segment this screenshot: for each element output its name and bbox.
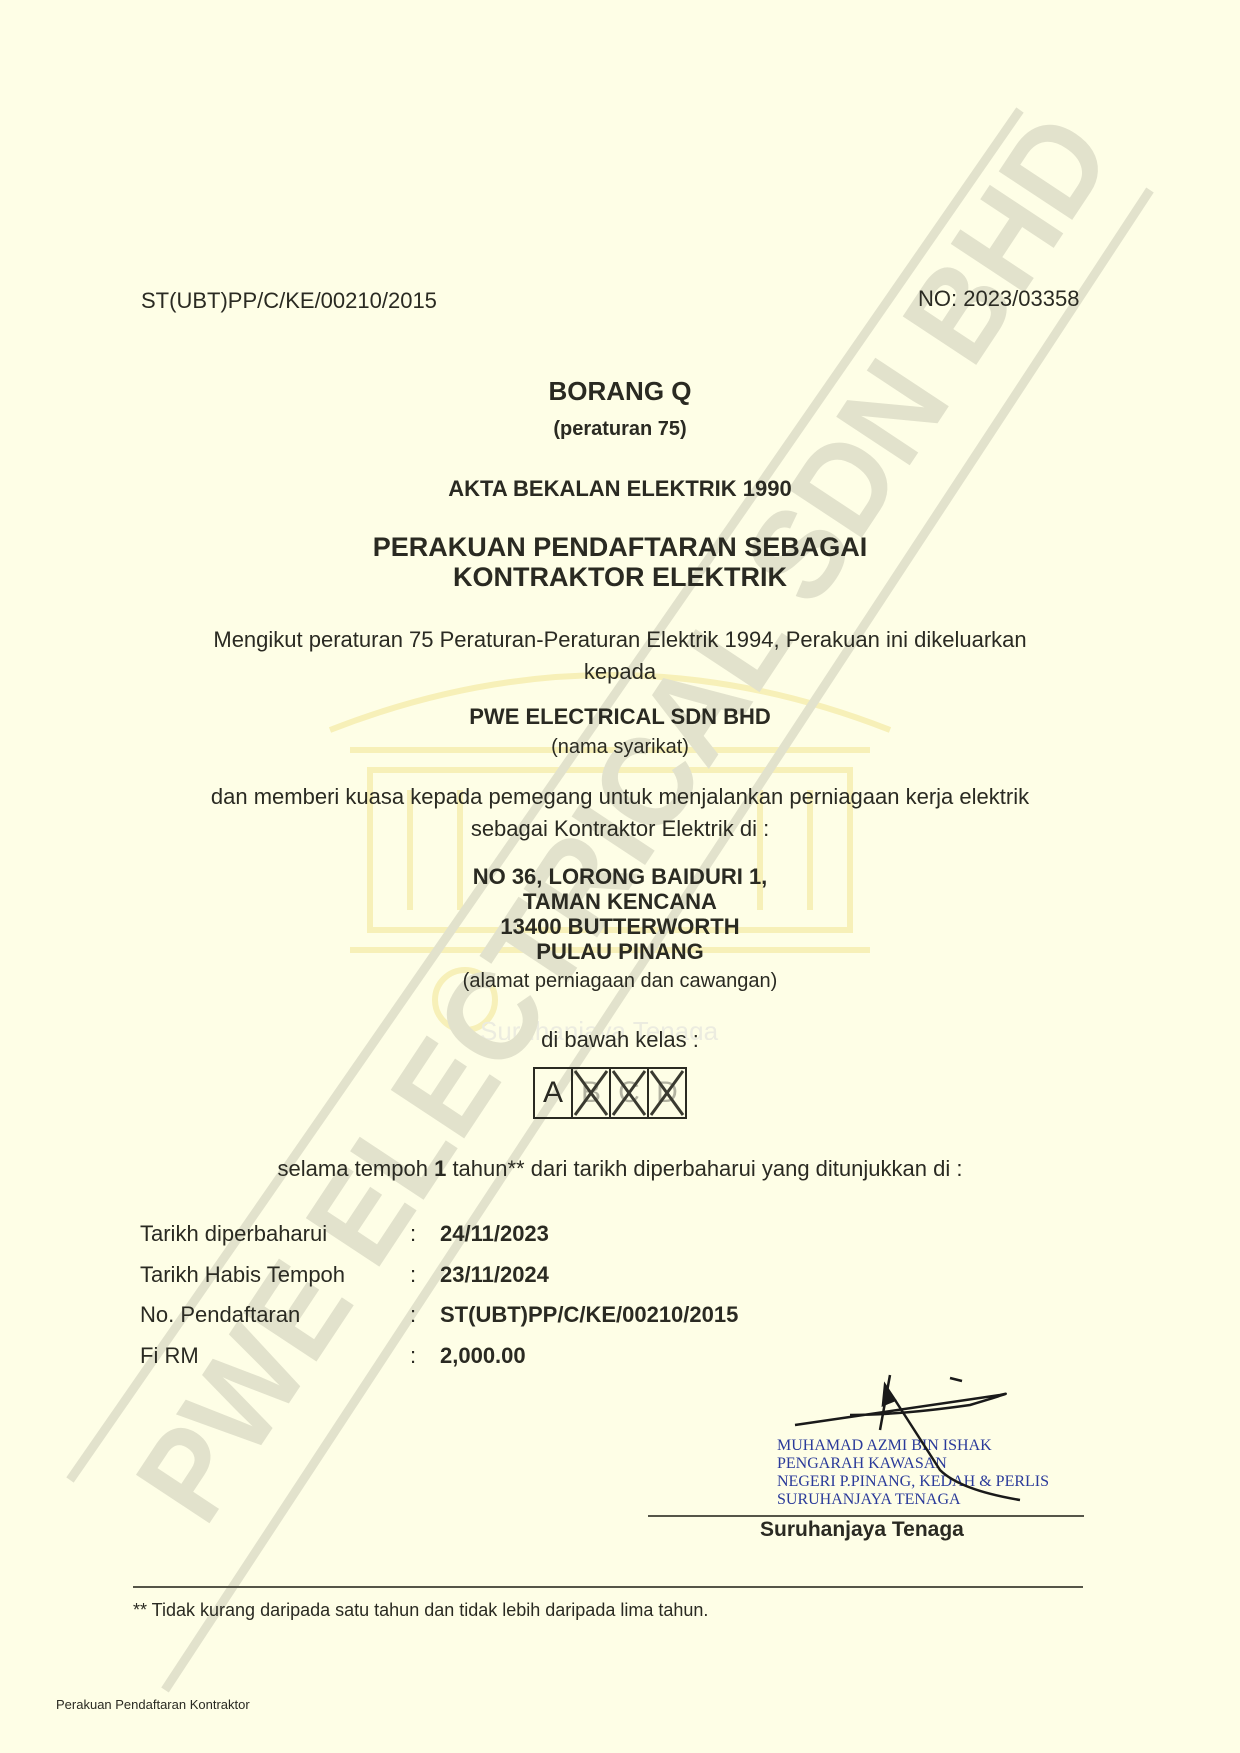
signature-line xyxy=(648,1515,1084,1517)
address-line: PULAU PINANG xyxy=(0,939,1240,964)
class-cell-a: A xyxy=(535,1069,571,1117)
contractor-class-box: A B C D xyxy=(533,1067,687,1119)
authorize-text-line1: dan memberi kuasa kepada pemegang untuk … xyxy=(0,784,1240,810)
cross-out-icon xyxy=(573,1069,609,1117)
address-line: TAMAN KENCANA xyxy=(0,889,1240,914)
signature-scribble xyxy=(640,1360,1100,1510)
class-cell-c-crossed: C xyxy=(609,1069,647,1117)
form-title: BORANG Q xyxy=(0,376,1240,407)
address-line: 13400 BUTTERWORTH xyxy=(0,914,1240,939)
company-name: PWE ELECTRICAL SDN BHD xyxy=(0,704,1240,730)
footnote: ** Tidak kurang daripada satu tahun dan … xyxy=(133,1600,708,1621)
regulation-caption: (peraturan 75) xyxy=(0,418,1240,441)
certificate-heading-line2: KONTRAKTOR ELEKTRIK xyxy=(0,562,1240,593)
act-title: AKTA BEKALAN ELEKTRIK 1990 xyxy=(0,476,1240,502)
cross-out-icon xyxy=(649,1069,685,1117)
authorize-text-line2: sebagai Kontraktor Elektrik di : xyxy=(0,816,1240,842)
class-cell-b-crossed: B xyxy=(571,1069,609,1117)
certificate-number: NO: 2023/03358 xyxy=(918,286,1079,312)
signing-authority: Suruhanjaya Tenaga xyxy=(760,1518,964,1542)
intro-text-line1: Mengikut peraturan 75 Peraturan-Peratura… xyxy=(0,627,1240,653)
certificate-heading-line1: PERAKUAN PENDAFTARAN SEBAGAI xyxy=(0,532,1240,563)
address-line: NO 36, LORONG BAIDURI 1, xyxy=(0,864,1240,889)
address-caption: (alamat perniagaan dan cawangan) xyxy=(0,970,1240,993)
footnote-divider xyxy=(133,1586,1083,1588)
validity-period-text: selama tempoh 1 tahun** dari tarikh dipe… xyxy=(0,1156,1240,1182)
company-caption: (nama syarikat) xyxy=(0,736,1240,759)
class-cell-d-crossed: D xyxy=(647,1069,685,1117)
reference-number: ST(UBT)PP/C/KE/00210/2015 xyxy=(141,288,437,314)
page-footer: Perakuan Pendaftaran Kontraktor xyxy=(56,1697,250,1712)
class-label: di bawah kelas : xyxy=(0,1027,1240,1053)
intro-text-line2: kepada xyxy=(0,659,1240,685)
cross-out-icon xyxy=(611,1069,647,1117)
business-address: NO 36, LORONG BAIDURI 1, TAMAN KENCANA 1… xyxy=(0,864,1240,964)
